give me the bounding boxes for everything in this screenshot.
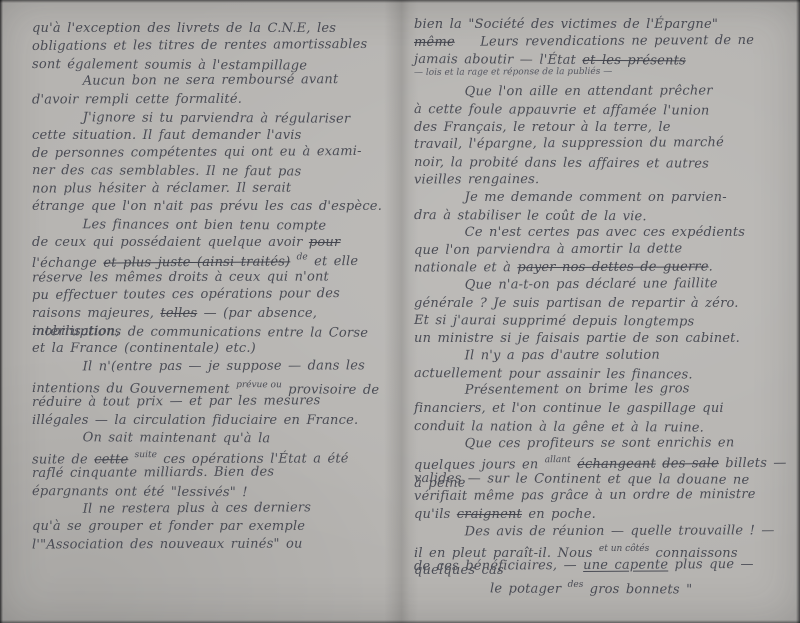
manuscript-text-right: bien la "Société des victimes de l'Éparg…	[414, 16, 792, 594]
manuscript-line: Présentement on brime les gros	[414, 380, 792, 400]
manuscript-line: qu'à se grouper et fonder par exemple	[32, 518, 394, 536]
manuscript-line: Et si j'aurai supprimé depuis longtemps	[414, 312, 792, 332]
manuscript-line: vieilles rengaines.	[414, 171, 792, 190]
manuscript-line: Que l'on aille en attendant prêcher	[414, 83, 792, 102]
manuscript-scan: qu'à l'exception des livrets de la C.N.E…	[0, 0, 800, 623]
manuscript-line: réduire à tout prix — et par les mesures	[32, 392, 394, 412]
manuscript-line: Aucun bon ne sera remboursé avant	[32, 71, 394, 91]
manuscript-line: bien la "Société des victimes de l'Éparg…	[414, 16, 792, 34]
manuscript-line: qu'ils craignent en poche.	[414, 506, 792, 524]
manuscript-line: J'ignore si tu parviendra à régulariser	[32, 109, 394, 129]
manuscript-line: obligations et les titres de rentes amor…	[32, 36, 394, 56]
manuscript-line: l'échange et plus juste (ainsi traités) …	[32, 249, 394, 269]
manuscript-line: pu effectuer toutes ces opérations pour …	[32, 285, 394, 305]
manuscript-line: — lois et la rage et réponse de la publi…	[414, 62, 792, 82]
manuscript-line: vérifiait même pas grâce à un ordre de m…	[414, 486, 792, 506]
right-page: bien la "Société des victimes de l'Éparg…	[414, 16, 792, 594]
manuscript-line: à cette foule appauvrie et affamée l'uni…	[414, 101, 792, 121]
manuscript-line: d'avoir rempli cette formalité.	[32, 90, 394, 109]
manuscript-line: quelques jours en allant échangeant des …	[414, 451, 792, 471]
manuscript-line: un ministre si je faisais partie de son …	[414, 330, 792, 348]
manuscript-line: travail, l'épargne, la suppression du ma…	[414, 134, 792, 154]
left-page: qu'à l'exception des livrets de la C.N.E…	[32, 20, 394, 554]
manuscript-line: que l'on parviendra à amortir la dette	[414, 239, 792, 259]
manuscript-line: Que n'a-t-on pas déclaré une faillite	[414, 275, 792, 295]
manuscript-line: dra à stabiliser le coût de la vie.	[414, 207, 792, 227]
manuscript-line: le potager des gros bonnets "	[414, 576, 792, 596]
manuscript-line: générale ? Je suis partisan de repartir …	[414, 295, 792, 313]
manuscript-line: l'"Association des nouveaux ruinés" ou	[32, 535, 394, 554]
manuscript-line: Des avis de réunion — quelle trouvaille …	[414, 522, 792, 541]
manuscript-line: cette situation. Il faut demander l'avis	[32, 127, 394, 145]
manuscript-line: Il n'(entre pas — je suppose — dans les	[32, 357, 394, 376]
manuscript-line: Il n'y a pas d'autre solution	[414, 346, 792, 365]
manuscript-line: étrange que l'on n'ait pas prévu les cas…	[32, 198, 394, 216]
manuscript-line: et la France (continentale) etc.)	[32, 340, 394, 358]
manuscript-line: Je me demande comment on parvien-	[414, 189, 792, 207]
manuscript-line: raflé cinquante milliards. Bien des	[32, 463, 394, 483]
manuscript-line: de ces bénéficiaires, — une capente plus…	[414, 556, 792, 576]
manuscript-line: même Leurs revendications ne peuvent de …	[414, 31, 792, 51]
manuscript-line: interruptions de communications entre la…	[32, 323, 394, 343]
manuscript-line: Il ne restera plus à ces derniers	[32, 498, 394, 518]
manuscript-line: financiers, et l'on continue le gaspilla…	[414, 400, 792, 418]
manuscript-line: non plus hésiter à réclamer. Il serait	[32, 179, 394, 198]
manuscript-line: raisons majeures, telles — (par absence,…	[32, 305, 394, 323]
manuscript-line: Les finances ont bien tenu compte	[32, 216, 394, 236]
manuscript-line: de personnes compétentes qui ont eu à ex…	[32, 142, 394, 162]
manuscript-text-left: qu'à l'exception des livrets de la C.N.E…	[32, 20, 394, 554]
manuscript-line: illégales — la circulation fiduciaire en…	[32, 412, 394, 430]
